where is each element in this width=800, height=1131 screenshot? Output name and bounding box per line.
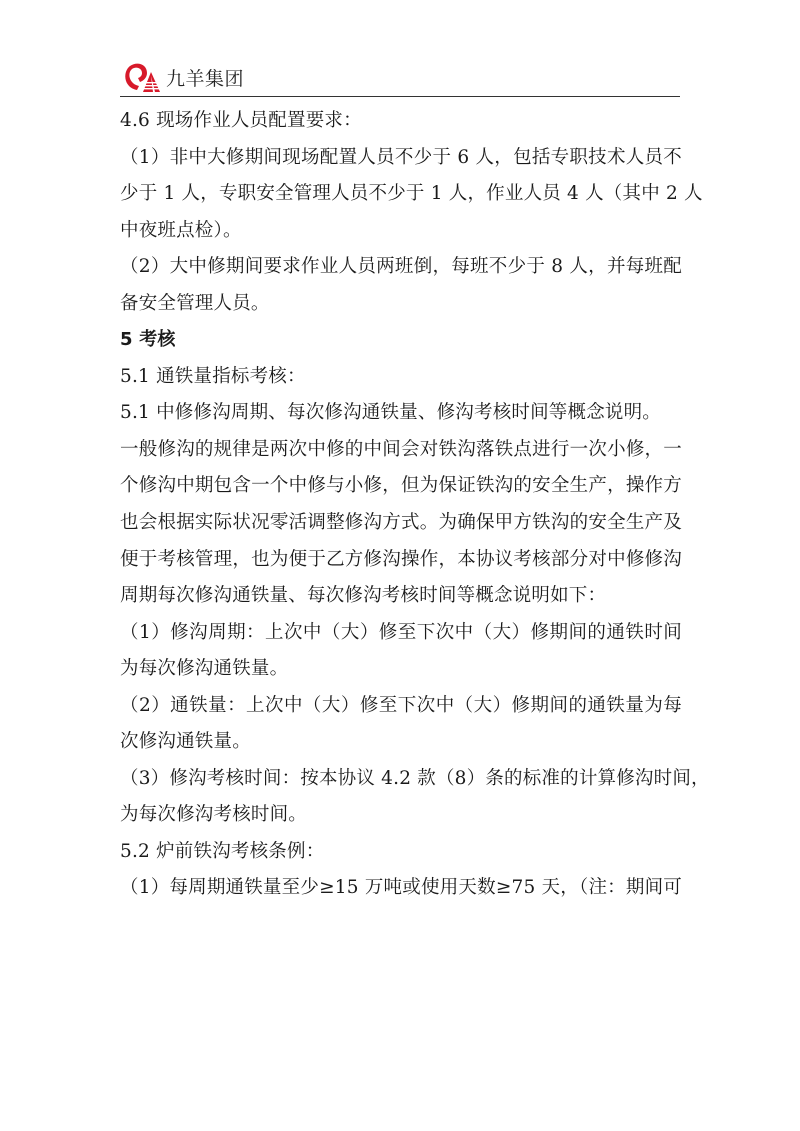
text-line: （1）修沟周期：上次中（大）修至下次中（大）修期间的通铁时间 bbox=[120, 615, 682, 652]
text-line: （2）通铁量：上次中（大）修至下次中（大）修期间的通铁量为每 bbox=[120, 688, 682, 725]
page-header: 九羊集团 bbox=[120, 58, 680, 96]
text-line: 5.2 炉前铁沟考核条例： bbox=[120, 834, 682, 871]
text-line: （1）每周期通铁量至少≥15 万吨或使用天数≥75 天，（注：期间可 bbox=[120, 870, 682, 907]
text-line: 5.1 通铁量指标考核： bbox=[120, 359, 682, 396]
text-line: 一般修沟的规律是两次中修的中间会对铁沟落铁点进行一次小修，一 bbox=[120, 432, 682, 469]
text-line: 备安全管理人员。 bbox=[120, 286, 682, 323]
text-line: 个修沟中期包含一个中修与小修，但为保证铁沟的安全生产，操作方 bbox=[120, 468, 682, 505]
text-line: 次修沟通铁量。 bbox=[120, 724, 682, 761]
jiuyang-group-logo-icon bbox=[120, 60, 164, 94]
text-line: 中夜班点检）。 bbox=[120, 213, 682, 250]
text-line: （3）修沟考核时间：按本协议 4.2 款（8）条的标准的计算修沟时间， bbox=[120, 761, 682, 798]
text-line: （2）大中修期间要求作业人员两班倒，每班不少于 8 人，并每班配 bbox=[120, 249, 682, 286]
text-line: 5.1 中修修沟周期、每次修沟通铁量、修沟考核时间等概念说明。 bbox=[120, 395, 682, 432]
text-line: （1）非中大修期间现场配置人员不少于 6 人，包括专职技术人员不 bbox=[120, 140, 682, 177]
text-line: 4.6 现场作业人员配置要求： bbox=[120, 103, 682, 140]
document-body: 4.6 现场作业人员配置要求：（1）非中大修期间现场配置人员不少于 6 人，包括… bbox=[120, 103, 682, 907]
text-line: 也会根据实际状况零活调整修沟方式。为确保甲方铁沟的安全生产及 bbox=[120, 505, 682, 542]
text-line: 为每次修沟通铁量。 bbox=[120, 651, 682, 688]
section-heading: 5 考核 bbox=[120, 322, 682, 359]
text-line: 便于考核管理，也为便于乙方修沟操作，本协议考核部分对中修修沟 bbox=[120, 542, 682, 579]
text-line: 为每次修沟考核时间。 bbox=[120, 797, 682, 834]
text-line: 少于 1 人，专职安全管理人员不少于 1 人，作业人员 4 人（其中 2 人 bbox=[120, 176, 682, 213]
brand-name: 九羊集团 bbox=[166, 64, 244, 91]
text-line: 周期每次修沟通铁量、每次修沟考核时间等概念说明如下： bbox=[120, 578, 682, 615]
header-divider bbox=[120, 96, 680, 97]
